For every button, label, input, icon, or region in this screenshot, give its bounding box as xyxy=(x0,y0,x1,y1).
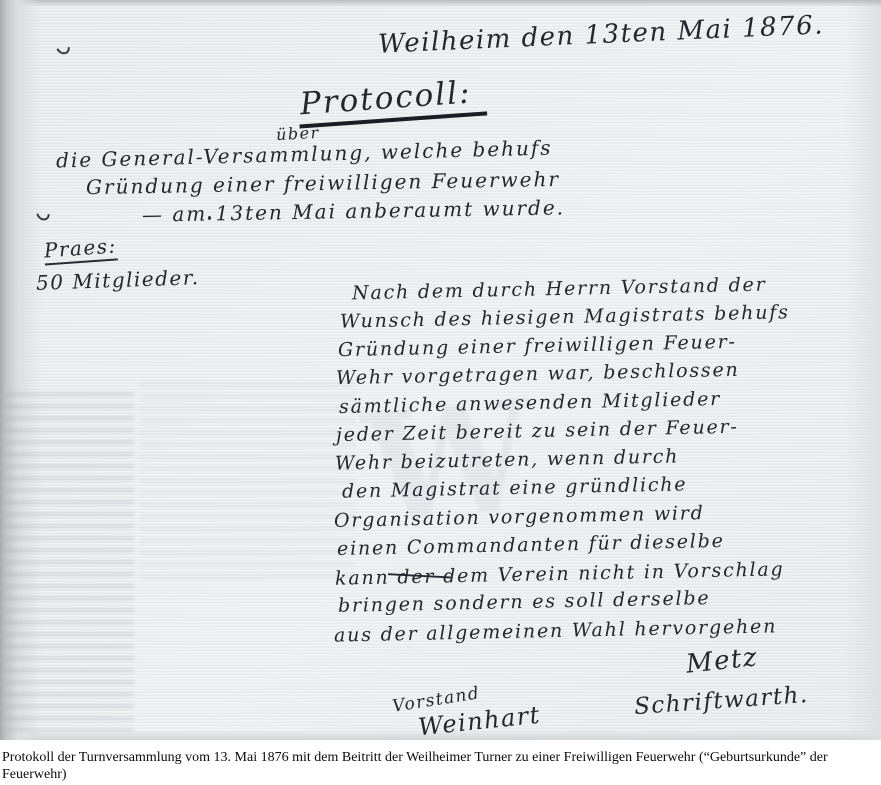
intro-line: die General-Versammlung, welche behufs xyxy=(56,136,553,173)
body-line: den Magistrat eine gründliche xyxy=(342,473,688,502)
body-line: einen Commandanten für dieselbe xyxy=(337,530,725,560)
body-line: sämtliche anwesenden Mitglieder xyxy=(339,388,721,418)
body-line: kann der dem Verein nicht in Vorschlag xyxy=(335,558,785,589)
pen-scratch xyxy=(54,39,72,56)
date-line: Weilheim den 13ten Mai 1876. xyxy=(378,10,825,59)
signature-secretary-role: Schriftwarth. xyxy=(633,682,809,720)
figure-caption: Protokoll der Turnversammlung vom 13. Ma… xyxy=(2,749,878,783)
body-line: Nach dem durch Herrn Vorstand der xyxy=(352,274,767,305)
pen-scratch xyxy=(34,205,52,223)
reverse-page-bleedthrough-center xyxy=(140,382,355,582)
page: { "colors": { "paper": "#e9ebed", "ink":… xyxy=(0,0,881,785)
intro-line: Gründung einer freiwilligen Feuerwehr xyxy=(86,167,560,199)
reverse-page-bleedthrough-left xyxy=(6,392,134,732)
body-line: aus der allgemeinen Wahl hervorgehen xyxy=(334,615,778,646)
scanned-document: W Weilheim den 13ten Mai 1876. Protocoll… xyxy=(0,0,881,740)
margin-member-count: 50 Mitglieder. xyxy=(36,265,200,295)
body-line: Wehr vorgetragen war, beschlossen xyxy=(336,359,740,389)
signature-secretary-name: Metz xyxy=(685,642,760,679)
document-title: Protocoll: xyxy=(297,74,487,129)
intro-line: — am 13ten Mai anberaumt wurde. xyxy=(142,195,565,226)
margin-heading: Praes: xyxy=(43,233,117,265)
ink-dot xyxy=(208,216,211,220)
body-line: jeder Zeit bereit zu sein der Feuer- xyxy=(336,416,739,446)
body-line: Organisation vorgenommen wird xyxy=(334,502,705,532)
body-line: Wehr beizutreten, wenn durch xyxy=(335,445,680,474)
body-line: Wunsch des hiesigen Magistrats behufs xyxy=(340,301,790,332)
body-line: bringen sondern es soll derselbe xyxy=(338,587,711,617)
body-line: Gründung einer freiwilligen Feuer- xyxy=(338,331,737,361)
